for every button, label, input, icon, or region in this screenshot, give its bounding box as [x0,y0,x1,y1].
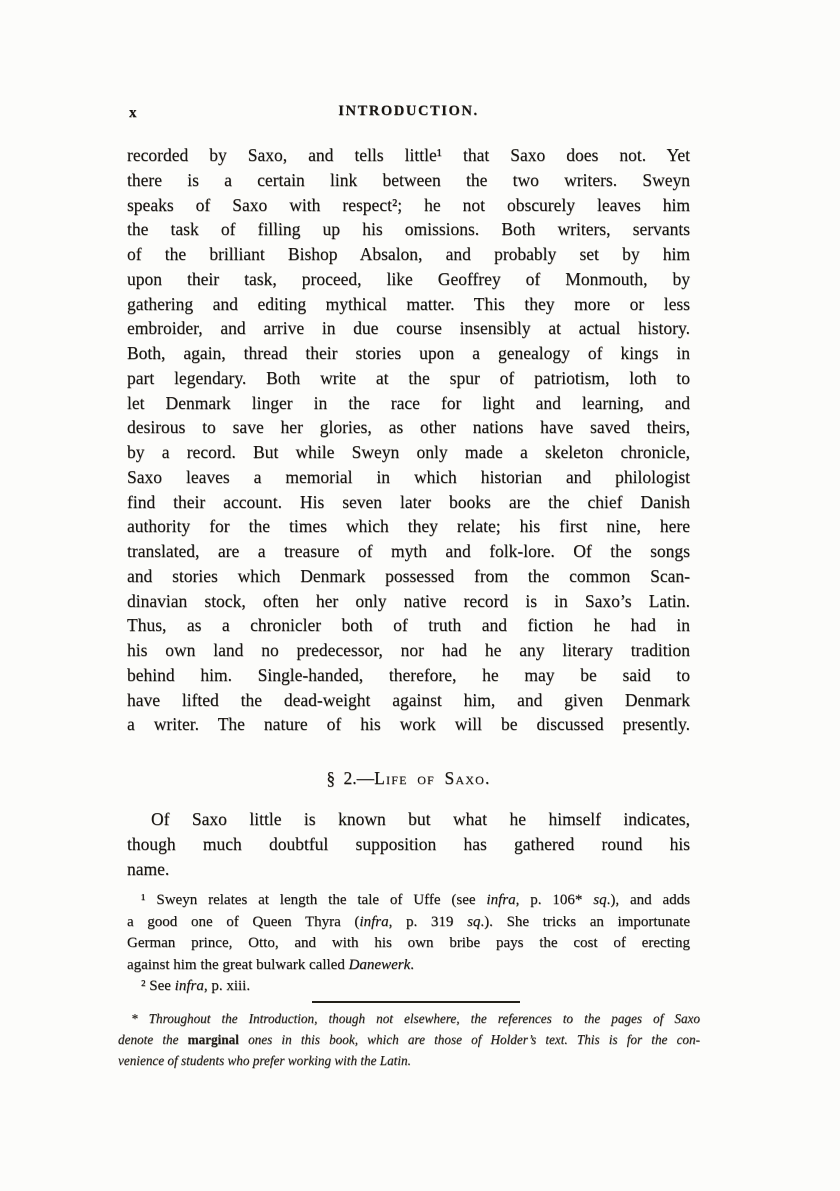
section-title: Life of Saxo. [374,768,491,788]
life-of-saxo-paragraph: Of Saxo little is known but what he hims… [127,807,690,881]
text-line: translated, are a treasure of myth and f… [127,539,690,564]
footnote-line: German prince, Otto, and with his own br… [127,933,690,955]
text-line: recorded by Saxo, and tells little¹ that… [127,143,690,168]
footnote-line: a good one of Queen Thyra (infra, p. 319… [127,912,690,934]
text-line: authority for the times which they relat… [127,514,690,539]
note-line: denote the marginal ones in this book, w… [118,1029,700,1050]
translator-note: * Throughout the Introduction, though no… [118,1008,700,1071]
text-line: gathering and editing mythical matter. T… [127,292,690,317]
text-line: Both, again, thread their stories upon a… [127,341,690,366]
footnote-line: ² See infra, p. xiii. [127,976,690,998]
text-line: upon their task, proceed, like Geoffrey … [127,267,690,292]
footnote-divider [312,1001,520,1003]
footnotes-block: ¹ Sweyn relates at length the tale of Uf… [127,890,690,998]
footnote-line: ¹ Sweyn relates at length the tale of Uf… [127,890,690,912]
text-line: desirous to save her glories, as other n… [127,415,690,440]
text-line: name. [127,857,690,882]
text-line: dinavian stock, often her only native re… [127,589,690,614]
text-line: let Denmark linger in the race for light… [127,391,690,416]
text-line: by a record. But while Sweyn only made a… [127,440,690,465]
text-line: behind him. Single-handed, therefore, he… [127,663,690,688]
footnote-line: against him the great bulwark called Dan… [127,955,690,977]
text-line: part legendary. Both write at the spur o… [127,366,690,391]
page-content: x INTRODUCTION. recorded by Saxo, and te… [127,103,690,1071]
text-line: of the brilliant Bishop Absalon, and pro… [127,242,690,267]
text-line: embroider, and arrive in due course inse… [127,316,690,341]
text-line: the task of filling up his omissions. Bo… [127,217,690,242]
text-line: a writer. The nature of his work will be… [127,712,690,737]
text-line: his own land no predecessor, nor had he … [127,638,690,663]
page-number: x [129,105,138,122]
section-number: § 2.— [326,768,374,788]
text-line: speaks of Saxo with respect²; he not obs… [127,193,690,218]
text-line: though much doubtful supposition has gat… [127,832,690,857]
book-page: x INTRODUCTION. recorded by Saxo, and te… [0,0,840,1191]
text-line: there is a certain link between the two … [127,168,690,193]
main-paragraph: recorded by Saxo, and tells little¹ that… [127,143,690,737]
page-header: x INTRODUCTION. [127,103,690,123]
note-line: * Throughout the Introduction, though no… [118,1008,700,1029]
note-line: venience of students who prefer working … [118,1050,700,1071]
text-line: find their account. His seven later book… [127,490,690,515]
text-line: have lifted the dead-weight against him,… [127,688,690,713]
running-title: INTRODUCTION. [127,103,690,120]
section-heading: § 2.—Life of Saxo. [127,767,690,790]
text-line: Thus, as a chronicler both of truth and … [127,613,690,638]
text-line: Saxo leaves a memorial in which historia… [127,465,690,490]
text-line: Of Saxo little is known but what he hims… [127,807,690,832]
text-line: and stories which Denmark possessed from… [127,564,690,589]
